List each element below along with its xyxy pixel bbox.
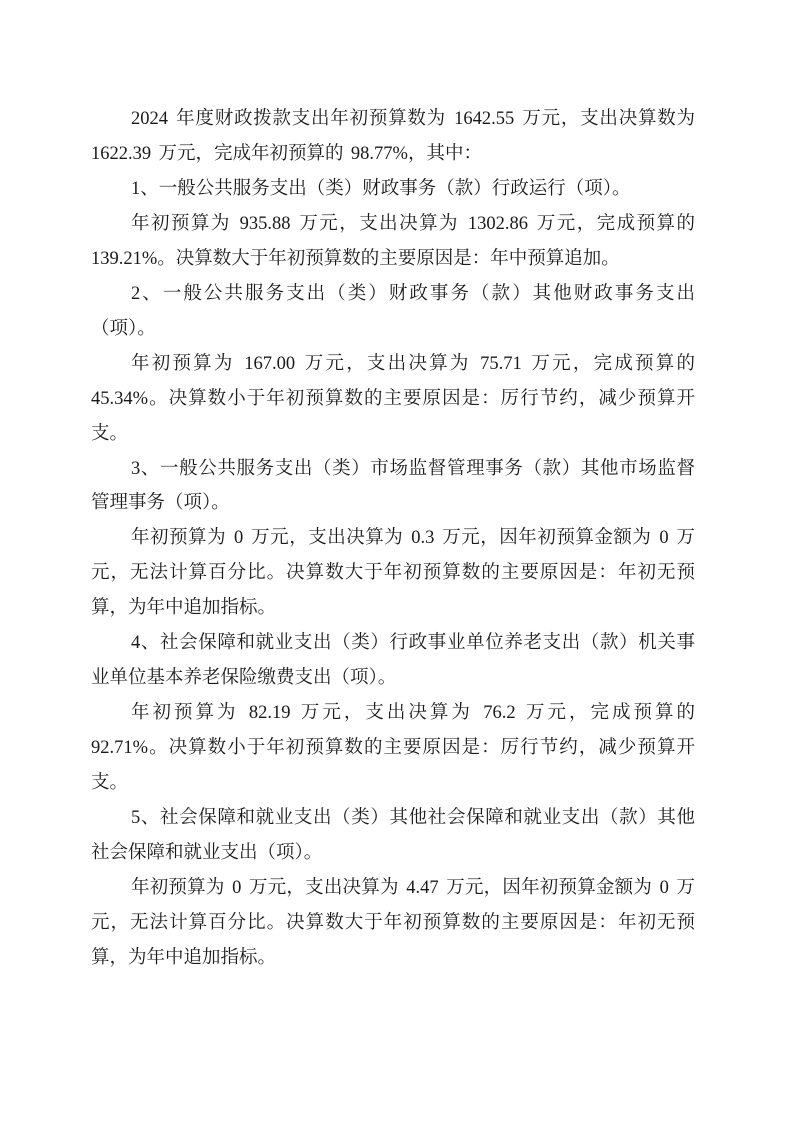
item-5-detail: 年初预算为 0 万元，支出决算为 4.47 万元，因年初预算金额为 0 万元，无… xyxy=(91,871,695,976)
item-2-detail: 年初预算为 167.00 万元，支出决算为 75.71 万元，完成预算的 45.… xyxy=(91,347,695,452)
document-page: 2024 年度财政拨款支出年初预算数为 1642.55 万元，支出决算数为 16… xyxy=(0,0,793,1122)
summary-paragraph: 2024 年度财政拨款支出年初预算数为 1642.55 万元，支出决算数为 16… xyxy=(91,102,695,172)
item-3-title: 3、一般公共服务支出（类）市场监督管理事务（款）其他市场监督管理事务（项）。 xyxy=(91,452,695,522)
item-5-title: 5、社会保障和就业支出（类）其他社会保障和就业支出（款）其他社会保障和就业支出（… xyxy=(91,801,695,871)
item-1-detail: 年初预算为 935.88 万元，支出决算为 1302.86 万元，完成预算的 1… xyxy=(91,207,695,277)
item-1-title: 1、一般公共服务支出（类）财政事务（款）行政运行（项）。 xyxy=(91,172,695,207)
document-body: 2024 年度财政拨款支出年初预算数为 1642.55 万元，支出决算数为 16… xyxy=(91,102,695,976)
item-4-title: 4、社会保障和就业支出（类）行政事业单位养老支出（款）机关事业单位基本养老保险缴… xyxy=(91,626,695,696)
item-4-detail: 年初预算为 82.19 万元，支出决算为 76.2 万元，完成预算的 92.71… xyxy=(91,696,695,801)
item-2-title: 2、一般公共服务支出（类）财政事务（款）其他财政事务支出（项）。 xyxy=(91,277,695,347)
item-3-detail: 年初预算为 0 万元，支出决算为 0.3 万元，因年初预算金额为 0 万元，无法… xyxy=(91,521,695,626)
